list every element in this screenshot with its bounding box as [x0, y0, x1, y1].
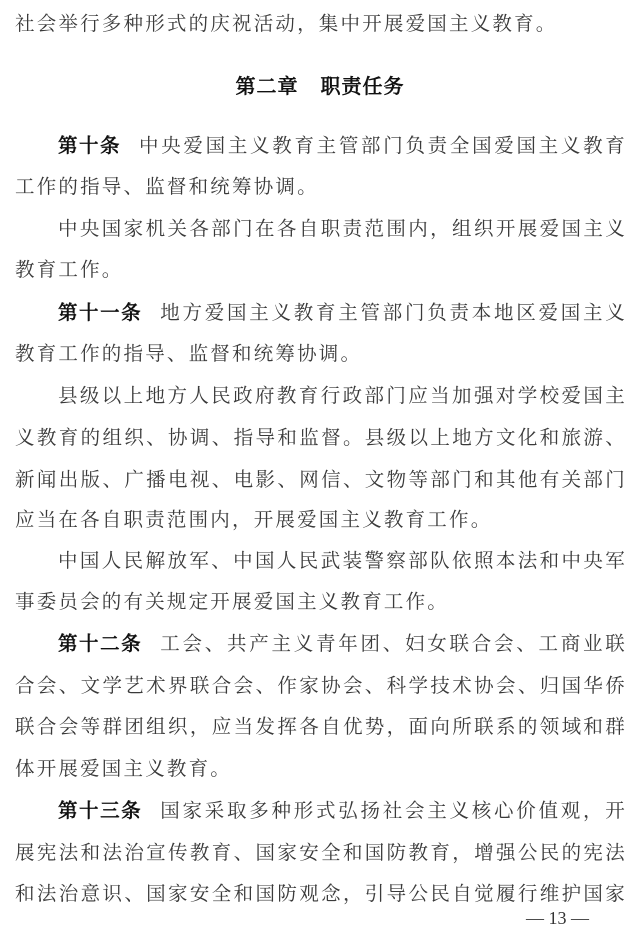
paragraph-line: 和法治意识、国家安全和国防观念，引导公民自觉履行维护国家: [15, 879, 627, 909]
chapter-number: 第二章: [236, 74, 299, 98]
chapter-title: 职责任务: [321, 74, 405, 98]
paragraph-line: 合会、文学艺术界联合会、作家协会、科学技术协会、归国华侨: [15, 671, 627, 701]
paragraph-line: 社会举行多种形式的庆祝活动，集中开展爱国主义教育。: [15, 9, 627, 39]
article-label: 第十三条: [58, 799, 142, 822]
paragraph-line: 教育工作。: [15, 255, 627, 285]
paragraph-line: 展宪法和法治宣传教育、国家安全和国防教育，增强公民的宪法: [15, 838, 627, 868]
article-label: 第十二条: [58, 632, 142, 655]
paragraph-line: 新闻出版、广播电视、电影、网信、文物等部门和其他有关部门: [15, 465, 627, 495]
article-label: 第十条: [58, 134, 121, 157]
article-label: 第十一条: [58, 301, 142, 324]
paragraph-line: 体开展爱国主义教育。: [15, 754, 627, 784]
paragraph-line: 义教育的组织、协调、指导和监督。县级以上地方文化和旅游、: [15, 423, 627, 453]
document-page: 社会举行多种形式的庆祝活动，集中开展爱国主义教育。 第二章职责任务 第十条中央爱…: [0, 0, 640, 946]
paragraph-line: 中央国家机关各部门在各自职责范围内，组织开展爱国主义: [58, 214, 627, 244]
article-10-line: 第十条中央爱国主义教育主管部门负责全国爱国主义教育: [58, 131, 627, 161]
paragraph-line: 事委员会的有关规定开展爱国主义教育工作。: [15, 587, 627, 617]
paragraph-line: 县级以上地方人民政府教育行政部门应当加强对学校爱国主: [58, 381, 627, 411]
chapter-heading: 第二章职责任务: [0, 70, 640, 99]
article-11-line: 第十一条地方爱国主义教育主管部门负责本地区爱国主义: [58, 298, 627, 328]
paragraph-line: 教育工作的指导、监督和统筹协调。: [15, 339, 627, 369]
paragraph-line: 联合会等群团组织，应当发挥各自优势，面向所联系的领域和群: [15, 712, 627, 742]
paragraph-line: 应当在各自职责范围内，开展爱国主义教育工作。: [15, 505, 627, 535]
article-12-line: 第十二条工会、共产主义青年团、妇女联合会、工商业联: [58, 629, 627, 659]
page-number: — 13 —: [526, 908, 589, 929]
article-13-line: 第十三条国家采取多种形式弘扬社会主义核心价值观，开: [58, 796, 627, 826]
paragraph-line: 工作的指导、监督和统筹协调。: [15, 172, 627, 202]
paragraph-line: 中国人民解放军、中国人民武装警察部队依照本法和中央军: [58, 546, 627, 576]
